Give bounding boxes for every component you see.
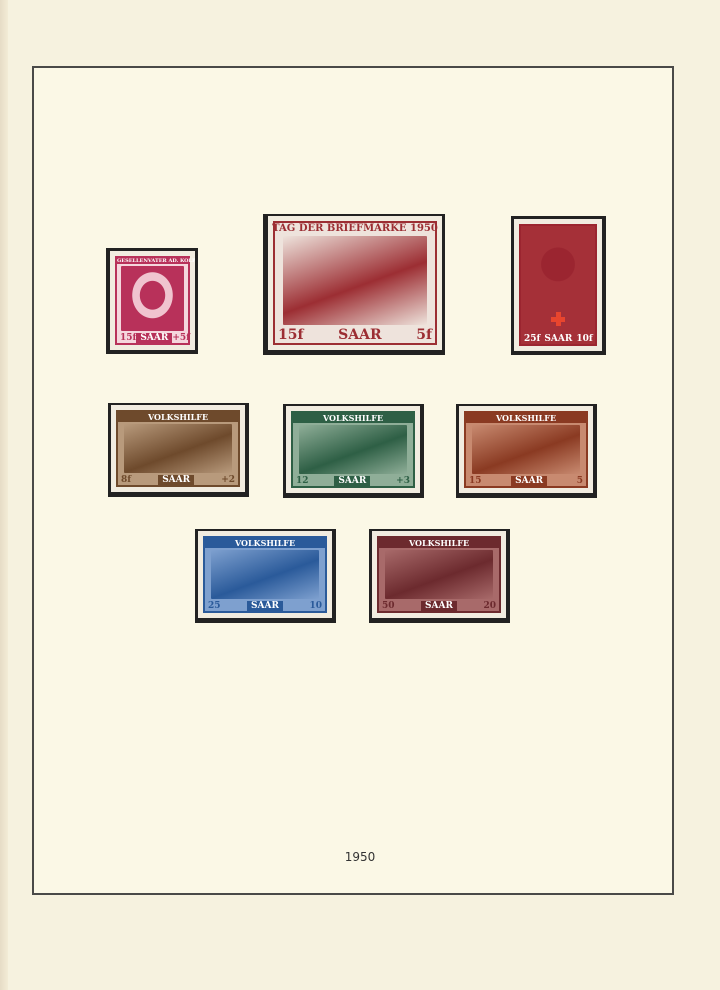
stamp-left-value: 15f — [120, 333, 136, 343]
stamp-kolping-portrait[interactable]: GESELLENVATER AD. KOLPING15fSAAR+5f — [110, 251, 195, 350]
stamp-volkshilfe-12[interactable]: VOLKSHILFE12SAAR+3 — [286, 406, 420, 493]
stamp-top-text: VOLKSHILFE — [466, 413, 586, 423]
stamp-right-value: +3 — [396, 476, 410, 486]
stamp-right-value: 20 — [483, 601, 496, 611]
stamp-right-value: 10f — [576, 334, 592, 344]
stamp-country: SAAR — [136, 333, 172, 343]
stamp-design: VOLKSHILFE8fSAAR+2 — [116, 410, 240, 487]
stamp-left-value: 25f — [524, 334, 540, 344]
stamp-illustration — [283, 236, 427, 325]
stamp-left-value: 15 — [469, 476, 482, 486]
stamp-right-value: 5f — [416, 327, 432, 343]
stamp-design: VOLKSHILFE25SAAR10 — [203, 536, 327, 613]
stamp-top-text: GESELLENVATER AD. KOLPING — [117, 258, 188, 264]
stamp-country: SAAR — [511, 476, 547, 486]
stamp-left-value: 15f — [278, 327, 304, 343]
stamp-left-value: 12 — [296, 476, 309, 486]
stamp-country: SAAR — [540, 334, 576, 344]
stamp-country: SAAR — [247, 601, 283, 611]
stamp-right-value: 10 — [309, 601, 322, 611]
stamp-design: GESELLENVATER AD. KOLPING15fSAAR+5f — [115, 256, 190, 345]
stamp-volkshilfe-25[interactable]: VOLKSHILFE25SAAR10 — [198, 531, 332, 618]
stamp-value-bar: 50SAAR20 — [379, 601, 499, 611]
stamp-right-value: +2 — [221, 475, 235, 485]
stamp-top-text: TAG DER BRIEFMARKE 1950 — [272, 223, 438, 234]
stamp-tag-der-briefmarke[interactable]: TAG DER BRIEFMARKE 195015fSAAR5f — [268, 216, 442, 350]
stamp-left-value: 25 — [208, 601, 221, 611]
stamp-illustration — [124, 424, 232, 473]
stamp-top-text: VOLKSHILFE — [205, 538, 325, 548]
stamp-value-bar: 25fSAAR10f — [521, 334, 595, 344]
stamp-left-value: 50 — [382, 601, 395, 611]
stamp-top-text: VOLKSHILFE — [118, 412, 238, 422]
stamp-top-text: VOLKSHILFE — [379, 538, 499, 548]
stamp-volkshilfe-8[interactable]: VOLKSHILFE8fSAAR+2 — [111, 405, 245, 492]
stamp-value-bar: 12SAAR+3 — [293, 476, 413, 486]
stamp-right-value: 5 — [577, 476, 583, 486]
stamp-value-bar: 8fSAAR+2 — [118, 475, 238, 485]
stamp-illustration — [121, 266, 185, 331]
stamp-country: SAAR — [334, 327, 385, 343]
stamp-country: SAAR — [334, 476, 370, 486]
stamp-volkshilfe-15[interactable]: VOLKSHILFE15SAAR5 — [459, 406, 593, 493]
stamp-left-value: 8f — [121, 475, 131, 485]
stamp-illustration — [472, 425, 580, 474]
stamp-volkshilfe-50[interactable]: VOLKSHILFE50SAAR20 — [372, 531, 506, 618]
stamp-value-bar: 15fSAAR5f — [275, 327, 435, 343]
stamp-design: VOLKSHILFE50SAAR20 — [377, 536, 501, 613]
stamp-red-cross[interactable]: 25fSAAR10f — [514, 219, 602, 351]
stamp-illustration — [385, 550, 493, 599]
stamp-design: 25fSAAR10f — [519, 224, 597, 346]
stamp-design: VOLKSHILFE15SAAR5 — [464, 411, 588, 488]
stamp-value-bar: 15fSAAR+5f — [117, 333, 188, 343]
stamp-illustration — [525, 228, 592, 332]
page-edge — [0, 0, 8, 990]
red-cross-icon — [551, 312, 565, 326]
stamp-right-value: +5f — [172, 333, 190, 343]
page-year-label: 1950 — [0, 850, 720, 864]
stamp-value-bar: 15SAAR5 — [466, 476, 586, 486]
stamp-country: SAAR — [158, 475, 194, 485]
stamp-country: SAAR — [421, 601, 457, 611]
stamp-design: TAG DER BRIEFMARKE 195015fSAAR5f — [273, 221, 437, 345]
stamp-value-bar: 25SAAR10 — [205, 601, 325, 611]
stamp-illustration — [299, 425, 407, 474]
stamp-illustration — [211, 550, 319, 599]
stamp-design: VOLKSHILFE12SAAR+3 — [291, 411, 415, 488]
stamp-top-text: VOLKSHILFE — [293, 413, 413, 423]
